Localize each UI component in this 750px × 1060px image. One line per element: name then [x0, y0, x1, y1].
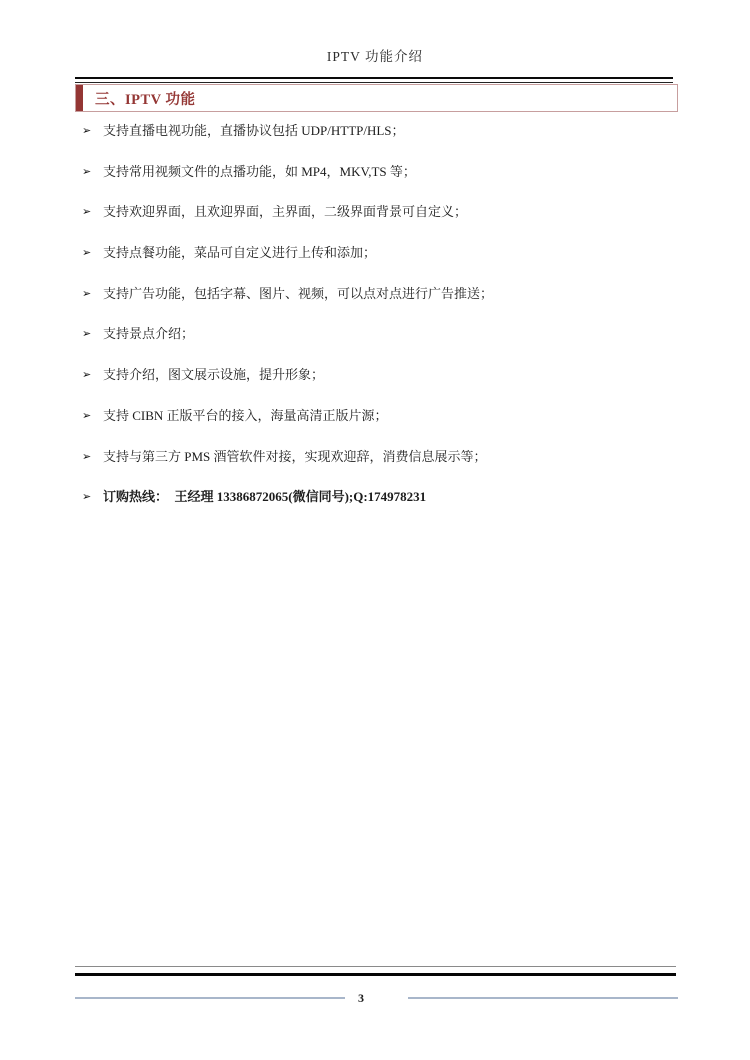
page-number: 3	[358, 991, 364, 1006]
feature-list: ➢ 支持直播电视功能，直播协议包括 UDP/HTTP/HLS； ➢ 支持常用视频…	[82, 121, 668, 528]
list-item: ➢ 支持常用视频文件的点播功能，如 MP4，MKV,TS 等；	[82, 162, 668, 181]
arrow-bullet-icon: ➢	[82, 121, 103, 140]
arrow-bullet-icon: ➢	[82, 284, 103, 303]
page-header-title: IPTV 功能介绍	[0, 45, 750, 65]
list-item-text: 支持景点介绍；	[103, 324, 668, 343]
header-rule-divider	[75, 77, 673, 83]
list-item-text: 支持点餐功能，菜品可自定义进行上传和添加；	[103, 243, 668, 262]
list-item-text: 支持直播电视功能，直播协议包括 UDP/HTTP/HLS；	[103, 121, 668, 140]
heading-accent-bar	[76, 85, 83, 111]
section-heading-box: 三、IPTV 功能	[75, 84, 678, 112]
list-item-text: 支持广告功能，包括字幕、图片、视频，可以点对点进行广告推送；	[103, 284, 668, 303]
arrow-bullet-icon: ➢	[82, 243, 103, 262]
arrow-bullet-icon: ➢	[82, 324, 103, 343]
list-item: ➢ 订购热线： 王经理 13386872065(微信同号);Q:17497823…	[82, 487, 668, 506]
list-item-text: 支持常用视频文件的点播功能，如 MP4，MKV,TS 等；	[103, 162, 668, 181]
footer-rule-divider	[75, 966, 676, 976]
list-item-text: 订购热线： 王经理 13386872065(微信同号);Q:174978231	[103, 487, 668, 506]
list-item: ➢ 支持广告功能，包括字幕、图片、视频，可以点对点进行广告推送；	[82, 284, 668, 303]
list-item-text: 支持 CIBN 正版平台的接入，海量高清正版片源；	[103, 406, 668, 425]
list-item: ➢ 支持点餐功能，菜品可自定义进行上传和添加；	[82, 243, 668, 262]
list-item-text: 支持欢迎界面，且欢迎界面，主界面，二级界面背景可自定义；	[103, 202, 668, 221]
arrow-bullet-icon: ➢	[82, 447, 103, 466]
arrow-bullet-icon: ➢	[82, 487, 103, 506]
list-item: ➢ 支持 CIBN 正版平台的接入，海量高清正版片源；	[82, 406, 668, 425]
arrow-bullet-icon: ➢	[82, 365, 103, 384]
footer-page-number-row: 3	[75, 990, 678, 1006]
list-item-text: 支持与第三方 PMS 酒管软件对接，实现欢迎辞，消费信息展示等；	[103, 447, 668, 466]
section-heading-text: 三、IPTV 功能	[95, 88, 196, 109]
list-item: ➢ 支持景点介绍；	[82, 324, 668, 343]
arrow-bullet-icon: ➢	[82, 202, 103, 221]
list-item: ➢ 支持介绍，图文展示设施，提升形象；	[82, 365, 668, 384]
arrow-bullet-icon: ➢	[82, 162, 103, 181]
document-page: IPTV 功能介绍 三、IPTV 功能 ➢ 支持直播电视功能，直播协议包括 UD…	[0, 0, 750, 1060]
list-item-text: 支持介绍，图文展示设施，提升形象；	[103, 365, 668, 384]
list-item: ➢ 支持欢迎界面，且欢迎界面，主界面，二级界面背景可自定义；	[82, 202, 668, 221]
page-number-line-left	[75, 997, 345, 999]
arrow-bullet-icon: ➢	[82, 406, 103, 425]
list-item: ➢ 支持直播电视功能，直播协议包括 UDP/HTTP/HLS；	[82, 121, 668, 140]
page-number-line-right	[408, 997, 678, 999]
list-item: ➢ 支持与第三方 PMS 酒管软件对接，实现欢迎辞，消费信息展示等；	[82, 447, 668, 466]
